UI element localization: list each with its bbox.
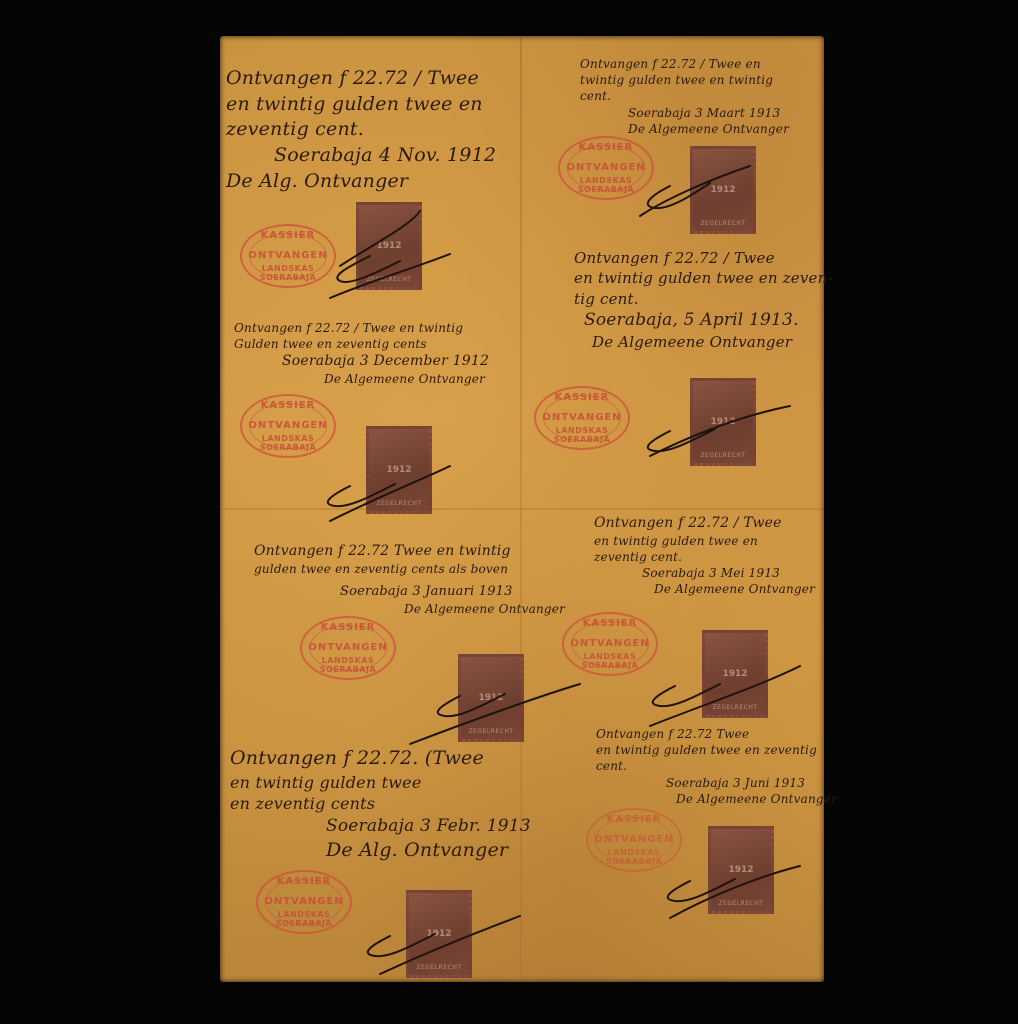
receipt-1: Ontvangen f 22.72 / Twee en twintig guld… — [226, 66, 496, 194]
stamp-footer: ZEGELRECHT — [693, 452, 753, 459]
stamp-text: LANDSKAS SOERABAJA — [560, 176, 652, 194]
revenue-stamp: 1912 ZEGELRECHT — [690, 146, 756, 234]
stamp-text: KASSIER — [242, 400, 334, 411]
revenue-stamp: 1912 ZEGELRECHT — [708, 826, 774, 914]
stamp-text: LANDSKAS SOERABAJA — [588, 848, 680, 866]
receipt-line: Ontvangen f 22.72. (Twee — [230, 746, 531, 772]
receipt-line: cent. — [580, 88, 789, 104]
receipt-7: Ontvangen f 22.72 Twee en twintig gulden… — [596, 726, 837, 807]
kassier-oval-stamp: KASSIER ONTVANGEN LANDSKAS SOERABAJA — [562, 612, 658, 676]
kassier-oval-stamp: KASSIER ONTVANGEN LANDSKAS SOERABAJA — [534, 386, 630, 450]
receipt-line: Gulden twee en zeventig cents — [234, 336, 489, 352]
stamp-value: 1912 — [711, 865, 771, 875]
stamp-footer: ZEGELRECHT — [711, 900, 771, 907]
stamp-text: ONTVANGEN — [560, 162, 652, 173]
stamp-value: 1912 — [693, 185, 753, 195]
stamp-footer: ZEGELRECHT — [693, 220, 753, 227]
receipt-line: en zeventig cents — [230, 793, 531, 815]
stamp-text: ONTVANGEN — [564, 638, 656, 649]
kassier-oval-stamp: KASSIER ONTVANGEN LANDSKAS SOERABAJA — [558, 136, 654, 200]
stamp-text: KASSIER — [564, 618, 656, 629]
receipt-line: zeventig cent. — [594, 549, 815, 565]
receipt-line: Ontvangen f 22.72 / Twee — [594, 514, 815, 533]
receipt-6: Ontvangen f 22.72 / Twee en twintig guld… — [594, 514, 815, 598]
stamp-value: 1912 — [369, 465, 429, 475]
kassier-oval-stamp: KASSIER ONTVANGEN LANDSKAS SOERABAJA — [300, 616, 396, 680]
stamp-footer: ZEGELRECHT — [369, 500, 429, 507]
revenue-stamp: 1912 ZEGELRECHT — [690, 378, 756, 466]
receipt-8: Ontvangen f 22.72. (Twee en twintig guld… — [230, 746, 531, 863]
stamp-footer: ZEGELRECHT — [409, 964, 469, 971]
receipt-line: gulden twee en zeventig cents als boven — [254, 561, 565, 577]
receipt-5: Ontvangen f 22.72 Twee en twintig gulden… — [254, 542, 565, 617]
receipt-line: en twintig gulden twee en zeventig — [596, 742, 837, 758]
stamp-text: KASSIER — [302, 622, 394, 633]
receipt-line: Ontvangen f 22.72 / Twee — [574, 248, 833, 268]
receipt-line: en twintig gulden twee en — [226, 92, 496, 118]
stamp-value: 1912 — [409, 929, 469, 939]
stamp-text: LANDSKAS SOERABAJA — [536, 426, 628, 444]
stamp-text: LANDSKAS SOERABAJA — [302, 656, 394, 674]
receipt-place-date: Soerabaja, 5 April 1913. — [574, 309, 833, 332]
stamp-footer: ZEGELRECHT — [705, 704, 765, 711]
stamp-text: ONTVANGEN — [302, 642, 394, 653]
kassier-oval-stamp: KASSIER ONTVANGEN LANDSKAS SOERABAJA — [240, 394, 336, 458]
stamp-text: LANDSKAS SOERABAJA — [564, 652, 656, 670]
revenue-stamp: 1912 ZEGELRECHT — [406, 890, 472, 978]
stamp-value: 1912 — [359, 241, 419, 251]
stamp-text: ONTVANGEN — [258, 896, 350, 907]
receipt-signatory: De Algemeene Ontvanger — [234, 371, 489, 387]
stamp-text: ONTVANGEN — [242, 250, 334, 261]
stamp-footer: ZEGELRECHT — [359, 276, 419, 283]
receipt-4: Ontvangen f 22.72 / Twee en twintig guld… — [574, 248, 833, 352]
receipt-place-date: Soerabaja 3 Juni 1913 — [596, 775, 837, 791]
receipt-line: en twintig gulden twee en — [594, 533, 815, 549]
revenue-stamp: 1912 ZEGELRECHT — [702, 630, 768, 718]
stamp-text: LANDSKAS SOERABAJA — [242, 434, 334, 452]
receipt-signatory: De Algemeene Ontvanger — [594, 581, 815, 597]
receipt-2: Ontvangen f 22.72 / Twee en twintig guld… — [580, 56, 789, 137]
kassier-oval-stamp: KASSIER ONTVANGEN LANDSKAS SOERABAJA — [586, 808, 682, 872]
stamp-text: KASSIER — [560, 142, 652, 153]
receipt-line: Ontvangen f 22.72 / Twee en twintig — [234, 320, 489, 336]
stamp-text: KASSIER — [536, 392, 628, 403]
receipt-line: twintig gulden twee en twintig — [580, 72, 789, 88]
receipt-signatory: De Algemeene Ontvanger — [596, 791, 837, 807]
receipt-line: tig cent. — [574, 289, 833, 309]
receipt-place-date: Soerabaja 3 Maart 1913 — [580, 105, 789, 121]
receipt-signatory: De Algemeene Ontvanger — [254, 601, 565, 617]
receipt-place-date: Soerabaja 3 December 1912 — [234, 352, 489, 371]
stamp-text: KASSIER — [242, 230, 334, 241]
receipt-line: en twintig gulden twee — [230, 772, 531, 794]
revenue-stamp: 1912 ZEGELRECHT — [458, 654, 524, 742]
receipt-signatory: De Algemeene Ontvanger — [580, 121, 789, 137]
revenue-stamp: 1912 ZEGELRECHT — [356, 202, 422, 290]
revenue-stamp: 1912 ZEGELRECHT — [366, 426, 432, 514]
receipt-signatory: De Alg. Ontvanger — [230, 838, 531, 864]
kassier-oval-stamp: KASSIER ONTVANGEN LANDSKAS SOERABAJA — [256, 870, 352, 934]
fold-line-horizontal — [220, 508, 824, 510]
receipt-signatory: De Alg. Ontvanger — [226, 169, 496, 195]
stamp-text: ONTVANGEN — [242, 420, 334, 431]
receipt-line: Ontvangen f 22.72 Twee — [596, 726, 837, 742]
receipt-signatory: De Algemeene Ontvanger — [574, 332, 833, 352]
stamp-text: ONTVANGEN — [588, 834, 680, 845]
receipt-place-date: Soerabaja 3 Febr. 1913 — [230, 815, 531, 838]
receipt-3: Ontvangen f 22.72 / Twee en twintig Guld… — [234, 320, 489, 387]
document-sheet: Ontvangen f 22.72 / Twee en twintig guld… — [220, 36, 824, 982]
stamp-text: KASSIER — [588, 814, 680, 825]
stamp-value: 1912 — [705, 669, 765, 679]
receipt-place-date: Soerabaja 4 Nov. 1912 — [226, 143, 496, 169]
stamp-text: KASSIER — [258, 876, 350, 887]
stamp-value: 1912 — [461, 693, 521, 703]
stamp-text: ONTVANGEN — [536, 412, 628, 423]
receipt-line: Ontvangen f 22.72 / Twee — [226, 66, 496, 92]
receipt-line: Ontvangen f 22.72 / Twee en — [580, 56, 789, 72]
stamp-value: 1912 — [693, 417, 753, 427]
receipt-place-date: Soerabaja 3 Mei 1913 — [594, 565, 815, 581]
stamp-text: LANDSKAS SOERABAJA — [258, 910, 350, 928]
stamp-footer: ZEGELRECHT — [461, 728, 521, 735]
stamp-text: LANDSKAS SOERABAJA — [242, 264, 334, 282]
receipt-line: en twintig gulden twee en zeven- — [574, 268, 833, 288]
kassier-oval-stamp: KASSIER ONTVANGEN LANDSKAS SOERABAJA — [240, 224, 336, 288]
receipt-line: Ontvangen f 22.72 Twee en twintig — [254, 542, 565, 561]
receipt-line: zeventig cent. — [226, 117, 496, 143]
receipt-place-date: Soerabaja 3 Januari 1913 — [254, 583, 565, 601]
receipt-line: cent. — [596, 758, 837, 774]
